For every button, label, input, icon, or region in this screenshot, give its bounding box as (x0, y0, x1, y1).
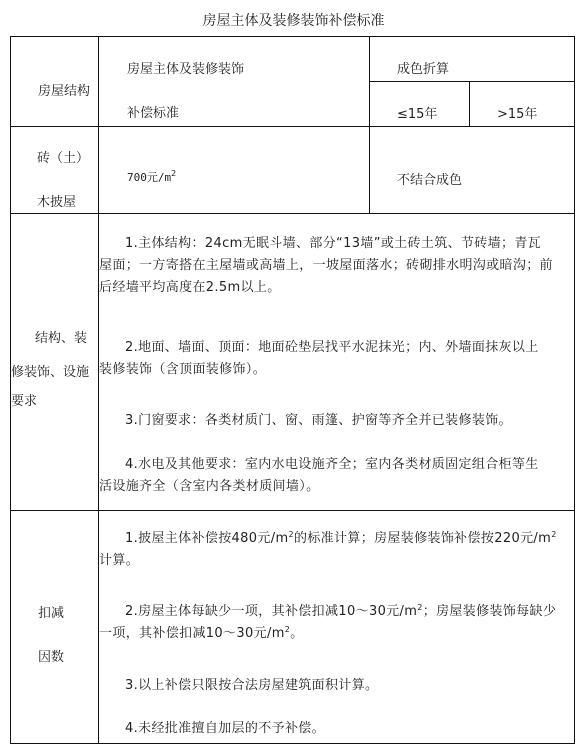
requirement-item-4: 4.水电及其他要求：室内水电设施齐全；室内各类材质固定组合柜等生 活设施齐全（含… (99, 454, 575, 498)
deduction-item-2: 2.房屋主体每缺少一项，其补偿扣减10～30元/m2；房屋装修装饰每缺少 一项，… (99, 601, 575, 645)
header-depreciation-gt15: >15年 (497, 103, 537, 122)
type-depreciation: 不结合成色 (397, 169, 462, 188)
requirement-item-3: 3.门窗要求：各类材质门、窗、雨篷、护窗等齐全并已装修装饰。 (99, 410, 575, 432)
deduction-item-4: 4.未经批准擅自加层的不予补偿。 (99, 718, 575, 740)
header-standard-label-2: 补偿标准 (127, 102, 179, 121)
col-divider-sub (469, 81, 470, 126)
requirements-label-2: 修装饰、设施 (11, 361, 89, 380)
header-depreciation-label: 成色折算 (397, 58, 449, 77)
requirement-item-2: 2.地面、墙面、顶面：地面砼垫层找平水泥抹光；内、外墙面抹灰以上 装修装饰（含顶… (99, 337, 575, 381)
deductions-label-2: 因数 (38, 646, 64, 665)
requirements-label-3: 要求 (11, 390, 37, 409)
header-standard-label-1: 房屋主体及装修装饰 (127, 58, 244, 77)
header-structure-label: 房屋结构 (38, 80, 90, 99)
requirements-label-1: 结构、装 (35, 327, 87, 346)
document-title: 房屋主体及装修装饰补偿标准 (0, 10, 587, 30)
deduction-item-1: 1.披屋主体补偿按480元/m2的标准计算；房屋装修装饰补偿按220元/m2 计… (99, 528, 575, 572)
type-label-1: 砖（土） (37, 147, 89, 166)
row-divider-sub (369, 81, 575, 82)
header-depreciation-le15: ≤15年 (397, 103, 437, 122)
deductions-label-1: 扣减 (38, 602, 64, 621)
row-divider-1 (10, 126, 575, 127)
type-label-2: 木披屋 (37, 191, 76, 210)
row-divider-3 (10, 510, 575, 511)
deduction-item-3: 3.以上补偿只限按合法房屋建筑面积计算。 (99, 675, 575, 697)
type-price: 700元/m2 (127, 169, 176, 185)
col-divider-2 (369, 36, 370, 213)
requirement-item-1: 1.主体结构：24cm无眠斗墙、部分“13墙”或土砖土筑、节砖墙；青瓦 屋面；一… (99, 233, 575, 299)
row-divider-2 (10, 213, 575, 214)
